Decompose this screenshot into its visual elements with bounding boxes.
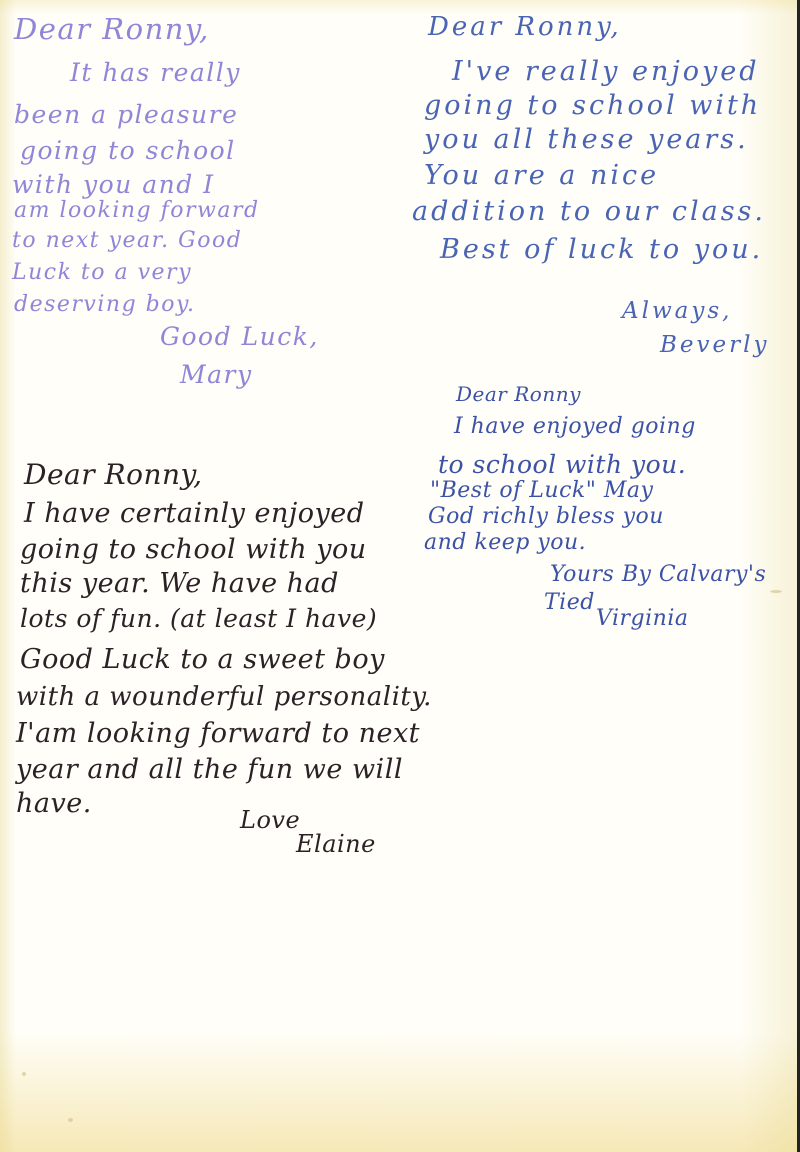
- note-line: going to school with: [424, 90, 761, 121]
- note-line: deserving boy.: [14, 292, 195, 317]
- note-line: with a wounderful personality.: [16, 682, 432, 712]
- note-line: been a pleasure: [14, 100, 238, 129]
- note-line: Best of luck to you.: [440, 234, 763, 265]
- note-closing: Love: [240, 806, 300, 834]
- note-line: year and all the fun we will: [16, 754, 403, 785]
- note-line: God richly bless you: [428, 504, 664, 529]
- note-line: am looking forward: [14, 198, 260, 223]
- paper-spot: [22, 1072, 26, 1076]
- note-greeting: Dear Ronny,: [14, 12, 210, 46]
- note-line: and keep you.: [424, 530, 586, 555]
- note-line: "Best of Luck" May: [430, 478, 653, 503]
- paper-spot: [770, 590, 782, 593]
- note-closing: Good Luck,: [160, 322, 319, 351]
- note-line: Good Luck to a sweet boy: [20, 644, 385, 675]
- note-closing: Always,: [622, 298, 732, 324]
- note-line: lots of fun. (at least I have): [20, 604, 377, 633]
- note-line: It has really: [70, 58, 241, 87]
- note-greeting: Dear Ronny,: [428, 12, 622, 42]
- note-line: to school with you.: [438, 450, 686, 479]
- note-signature: Mary: [180, 360, 253, 389]
- note-line: I have enjoyed going: [454, 414, 696, 439]
- note-line: I've really enjoyed: [452, 56, 760, 87]
- note-line: going to school with you: [20, 534, 367, 565]
- note-line: this year. We have had: [20, 568, 339, 599]
- note-closing: Tied: [544, 590, 595, 615]
- note-line: have.: [16, 788, 92, 819]
- note-signature: Beverly: [660, 332, 769, 358]
- note-signature: Elaine: [296, 830, 376, 858]
- note-greeting: Dear Ronny,: [24, 458, 203, 491]
- note-line: You are a nice: [424, 160, 659, 191]
- note-line: addition to our class.: [412, 196, 766, 227]
- note-line: you all these years.: [424, 124, 749, 155]
- note-line: with you and I: [12, 170, 215, 199]
- note-line: Luck to a very: [12, 260, 192, 285]
- note-closing: Yours By Calvary's: [550, 562, 766, 587]
- note-line: I have certainly enjoyed: [24, 498, 365, 529]
- note-line: going to school: [20, 136, 236, 165]
- note-line: I'am looking forward to next: [16, 718, 420, 749]
- autograph-page: Dear Ronny, It has really been a pleasur…: [0, 0, 800, 1152]
- note-line: to next year. Good: [12, 228, 242, 253]
- note-signature: Virginia: [596, 606, 689, 631]
- paper-spot: [68, 1118, 73, 1122]
- note-greeting: Dear Ronny: [456, 382, 581, 406]
